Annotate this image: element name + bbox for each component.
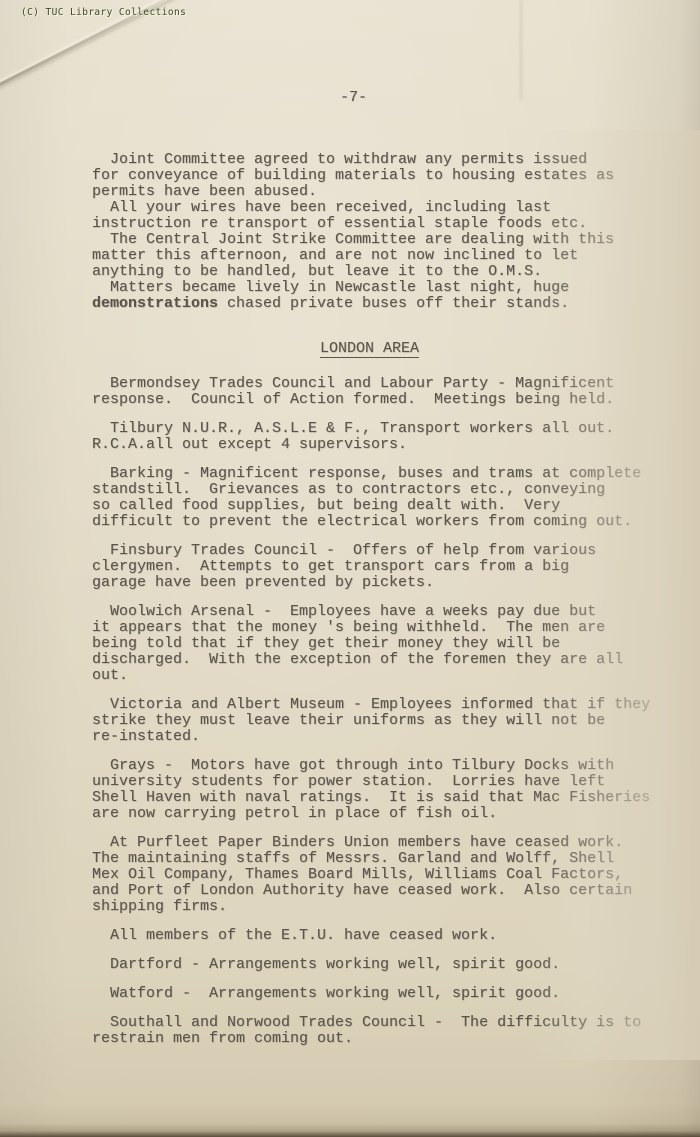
paragraph: Joint Committee agreed to withdraw any p… [92,152,700,200]
text-line: so called food supplies, but being dealt… [92,498,700,514]
text-line: All members of the E.T.U. have ceased wo… [92,928,700,944]
text-line: Victoria and Albert Museum - Employees i… [92,697,700,713]
text-line: it appears that the money 's being withh… [92,620,700,636]
text-line: restrain men from coming out. [92,1031,700,1047]
paragraph: At Purfleet Paper Binders Union members … [92,835,700,915]
paragraph: The Central Joint Strike Committee are d… [92,232,700,280]
paragraph: Tilbury N.U.R., A.S.L.E & F., Transport … [92,421,700,453]
text-line: re-instated. [92,729,700,745]
text-line: Southall and Norwood Trades Council - Th… [92,1015,700,1031]
text-line: are now carrying petrol in place of fish… [92,806,700,822]
paragraph: Grays - Motors have got through into Til… [92,758,700,822]
text-line: for conveyance of building materials to … [92,168,700,184]
text-line: R.C.A.all out except 4 supervisors. [92,437,700,453]
paragraph: Southall and Norwood Trades Council - Th… [92,1015,700,1047]
paragraph: Dartford - Arrangements working well, sp… [92,957,700,973]
text-line: Joint Committee agreed to withdraw any p… [92,152,700,168]
paragraph: All members of the E.T.U. have ceased wo… [92,928,700,944]
text-line: response. Council of Action formed. Meet… [92,392,700,408]
text-line: Tilbury N.U.R., A.S.L.E & F., Transport … [92,421,700,437]
text-line: out. [92,668,700,684]
text-line: instruction re transport of essential st… [92,216,700,232]
text-line: and Port of London Authority have ceased… [92,883,700,899]
text-line: permits have been abused. [92,184,700,200]
page-number: -7- [340,90,700,106]
paragraph: Finsbury Trades Council - Offers of help… [92,543,700,591]
text-line: The maintaining staffs of Messrs. Garlan… [92,851,700,867]
text-line: All your wires have been received, inclu… [92,200,700,216]
intro-paragraphs: Joint Committee agreed to withdraw any p… [92,152,700,312]
section-heading: LONDON AREA [320,341,419,358]
text-line: strike they must leave their uniforms as… [92,713,700,729]
text-line: garage have been prevented by pickets. [92,575,700,591]
paragraph: All your wires have been received, inclu… [92,200,700,232]
text-line: At Purfleet Paper Binders Union members … [92,835,700,851]
text-line: discharged. With the exception of the fo… [92,652,700,668]
text-line: matter this afternoon, and are not now i… [92,248,700,264]
text-line: Barking - Magnificent response, buses an… [92,466,700,482]
text-line: difficult to prevent the electrical work… [92,514,700,530]
text-line: Dartford - Arrangements working well, sp… [92,957,700,973]
london-area-paragraphs: Bermondsey Trades Council and Labour Par… [92,376,700,1047]
paragraph: Bermondsey Trades Council and Labour Par… [92,376,700,408]
paragraph: Victoria and Albert Museum - Employees i… [92,697,700,745]
text-line: standstill. Grievances as to contractors… [92,482,700,498]
text-line: Finsbury Trades Council - Offers of help… [92,543,700,559]
text-line: Mex Oil Company, Thames Board Mills, Wil… [92,867,700,883]
paragraph: Watford - Arrangements working well, spi… [92,986,700,1002]
paragraph: Matters became lively in Newcastle last … [92,280,700,312]
text-line: clergymen. Attempts to get transport car… [92,559,700,575]
text-line: Watford - Arrangements working well, spi… [92,986,700,1002]
text-line: Grays - Motors have got through into Til… [92,758,700,774]
text-line: being told that if they get their money … [92,636,700,652]
scanned-document-page: (C) TUC Library Collections -7- Joint Co… [0,0,700,1137]
text-line: Shell Haven with naval ratings. It is sa… [92,790,700,806]
paper-crease [520,0,522,100]
text-line: university students for power station. L… [92,774,700,790]
text-line: Woolwich Arsenal - Employees have a week… [92,604,700,620]
section-heading-row: LONDON AREA [320,341,700,358]
bottom-page-edge [0,1123,700,1137]
text-line: The Central Joint Strike Committee are d… [92,232,700,248]
typewritten-text-block: -7- Joint Committee agreed to withdraw a… [92,90,700,1047]
text-line: demonstrations chased private buses off … [92,296,700,312]
paragraph: Barking - Magnificent response, buses an… [92,466,700,530]
text-line: anything to be handled, but leave it to … [92,264,700,280]
text-line: Bermondsey Trades Council and Labour Par… [92,376,700,392]
text-line: Matters became lively in Newcastle last … [92,280,700,296]
paragraph: Woolwich Arsenal - Employees have a week… [92,604,700,684]
library-watermark: (C) TUC Library Collections [21,7,186,18]
text-line: shipping firms. [92,899,700,915]
